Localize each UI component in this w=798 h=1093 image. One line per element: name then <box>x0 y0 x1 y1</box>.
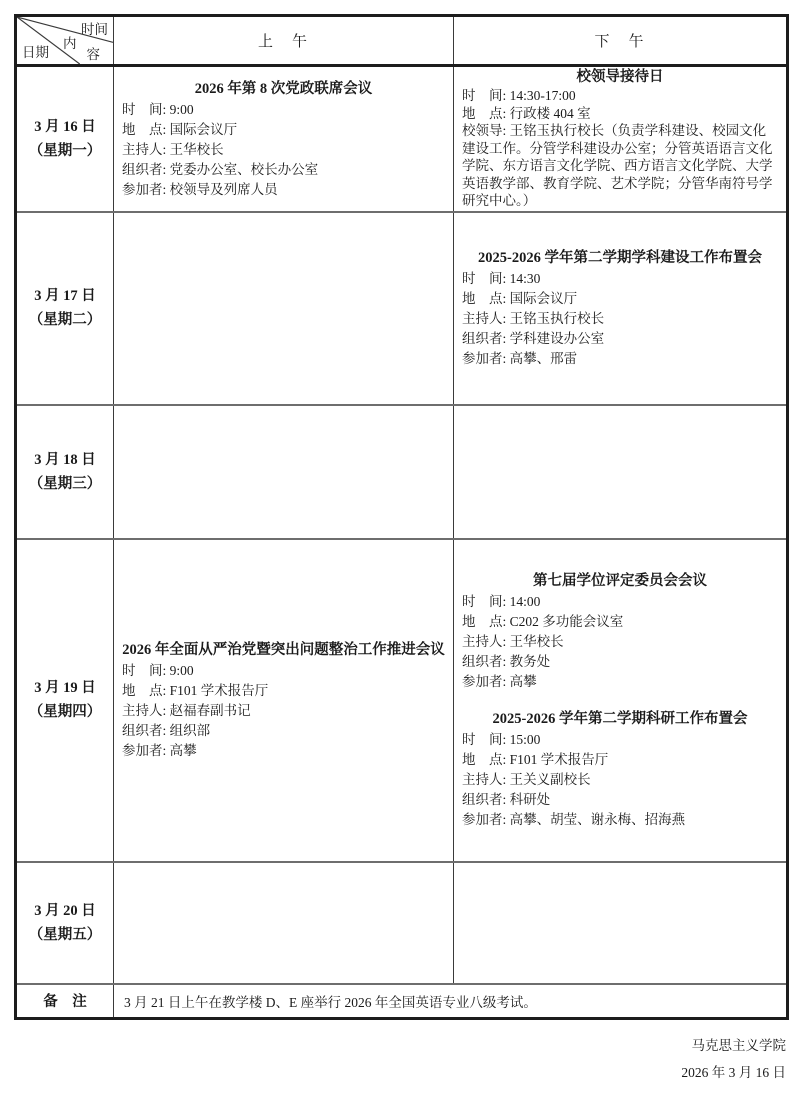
corner-label-time: 时间 <box>81 18 108 38</box>
document-footer: 马克思主义学院 2026 年 3 月 16 日 <box>681 1032 786 1086</box>
issue-date: 2026 年 3 月 16 日 <box>681 1059 786 1086</box>
date-cell: 3 月 17 日（星期二） <box>16 212 114 405</box>
schedule-body: 3 月 16 日（星期一）2026 年第 8 次党政联席会议时 间: 9:00地… <box>16 66 788 1019</box>
morning-cell <box>114 212 454 405</box>
weekday-text: （星期二） <box>18 308 112 332</box>
date-cell: 3 月 18 日（星期三） <box>16 405 114 539</box>
meeting-detail-line: 时 间: 14:30 <box>462 269 778 289</box>
meeting-detail-line: 组织者: 组织部 <box>122 721 445 741</box>
weekday-text: （星期五） <box>18 923 112 947</box>
afternoon-cell: 校领导接待日时 间: 14:30-17:00地 点: 行政楼 404 室校领导:… <box>454 66 788 212</box>
afternoon-cell: 第七届学位评定委员会会议时 间: 14:00地 点: C202 多功能会议室主持… <box>454 539 788 862</box>
meeting-detail-line: 地 点: F101 学术报告厅 <box>122 681 445 701</box>
meeting-block: 2026 年全面从严治党暨突出问题整治工作推进会议时 间: 9:00地 点: F… <box>122 639 445 761</box>
meeting-detail-line: 主持人: 王华校长 <box>462 632 778 652</box>
meeting-detail-line: 参加者: 校领导及列席人员 <box>122 180 445 200</box>
meeting-detail-line: 时 间: 9:00 <box>122 661 445 681</box>
meeting-block: 第七届学位评定委员会会议时 间: 14:00地 点: C202 多功能会议室主持… <box>462 570 778 692</box>
meeting-block: 校领导接待日时 间: 14:30-17:00地 点: 行政楼 404 室校领导:… <box>462 68 778 210</box>
remark-text: 3 月 21 日上午在教学楼 D、E 座举行 2026 年全国英语专业八级考试。 <box>114 984 788 1019</box>
morning-cell <box>114 862 454 984</box>
schedule-row: 3 月 20 日（星期五） <box>16 862 788 984</box>
meeting-detail-line: 地 点: 国际会议厅 <box>122 120 445 140</box>
meeting-detail-line: 主持人: 王华校长 <box>122 140 445 160</box>
meeting-block: 2025-2026 学年第二学期学科建设工作布置会时 间: 14:30地 点: … <box>462 247 778 369</box>
meeting-detail-line: 时 间: 14:30-17:00 <box>462 87 778 105</box>
date-cell: 3 月 19 日（星期四） <box>16 539 114 862</box>
meeting-title: 2026 年第 8 次党政联席会议 <box>122 78 445 100</box>
meeting-detail-line: 时 间: 9:00 <box>122 100 445 120</box>
schedule-row: 3 月 17 日（星期二）2025-2026 学年第二学期学科建设工作布置会时 … <box>16 212 788 405</box>
meeting-detail-line: 组织者: 学科建设办公室 <box>462 329 778 349</box>
meeting-detail-line: 主持人: 王关义副校长 <box>462 770 778 790</box>
meeting-detail-line: 地 点: 行政楼 404 室 <box>462 105 778 123</box>
meeting-detail-line: 参加者: 高攀、邢雷 <box>462 349 778 369</box>
morning-column-header: 上 午 <box>114 16 454 66</box>
schedule-document-page: 时间 内 容 日期 上 午 下 午 3 月 16 日（星期一）2026 年第 8… <box>0 0 798 1093</box>
meeting-detail-line: 参加者: 高攀 <box>462 672 778 692</box>
schedule-row: 3 月 19 日（星期四）2026 年全面从严治党暨突出问题整治工作推进会议时 … <box>16 539 788 862</box>
meeting-title: 校领导接待日 <box>462 68 778 87</box>
date-text: 3 月 17 日 <box>18 284 112 308</box>
meeting-detail-line: 组织者: 科研处 <box>462 790 778 810</box>
morning-cell <box>114 405 454 539</box>
remark-label: 备 注 <box>16 984 114 1019</box>
corner-label-content-top: 内 <box>63 32 77 52</box>
date-text: 3 月 19 日 <box>18 676 112 700</box>
afternoon-cell <box>454 405 788 539</box>
schedule-row: 3 月 18 日（星期三） <box>16 405 788 539</box>
meeting-detail-line: 参加者: 高攀 <box>122 741 445 761</box>
meeting-block: 2026 年第 8 次党政联席会议时 间: 9:00地 点: 国际会议厅主持人:… <box>122 78 445 200</box>
meeting-detail-line: 校领导: 王铭玉执行校长（负责学科建设、校园文化建设工作。分管学科建设办公室；分… <box>462 122 778 210</box>
corner-label-content-bottom: 容 <box>87 43 101 63</box>
afternoon-cell: 2025-2026 学年第二学期学科建设工作布置会时 间: 14:30地 点: … <box>454 212 788 405</box>
header-row: 时间 内 容 日期 上 午 下 午 <box>16 16 788 66</box>
weekday-text: （星期四） <box>18 700 112 724</box>
meeting-detail-line: 组织者: 党委办公室、校长办公室 <box>122 160 445 180</box>
morning-cell: 2026 年全面从严治党暨突出问题整治工作推进会议时 间: 9:00地 点: F… <box>114 539 454 862</box>
meeting-detail-line: 主持人: 赵福春副书记 <box>122 701 445 721</box>
weekly-schedule-table: 时间 内 容 日期 上 午 下 午 3 月 16 日（星期一）2026 年第 8… <box>14 14 789 1020</box>
meeting-title: 2025-2026 学年第二学期学科建设工作布置会 <box>462 247 778 269</box>
weekday-text: （星期三） <box>18 472 112 496</box>
meeting-detail-line: 组织者: 教务处 <box>462 652 778 672</box>
meeting-detail-line: 地 点: C202 多功能会议室 <box>462 612 778 632</box>
afternoon-column-header: 下 午 <box>454 16 788 66</box>
remark-row: 备 注3 月 21 日上午在教学楼 D、E 座举行 2026 年全国英语专业八级… <box>16 984 788 1019</box>
meeting-title: 2025-2026 学年第二学期科研工作布置会 <box>462 708 778 730</box>
meeting-detail-line: 地 点: 国际会议厅 <box>462 289 778 309</box>
meeting-detail-line: 地 点: F101 学术报告厅 <box>462 750 778 770</box>
weekday-text: （星期一） <box>18 139 112 163</box>
meeting-title: 2026 年全面从严治党暨突出问题整治工作推进会议 <box>122 639 445 661</box>
afternoon-cell <box>454 862 788 984</box>
meeting-title: 第七届学位评定委员会会议 <box>462 570 778 592</box>
date-cell: 3 月 16 日（星期一） <box>16 66 114 212</box>
meeting-detail-line: 参加者: 高攀、胡莹、谢永梅、招海燕 <box>462 810 778 830</box>
date-text: 3 月 16 日 <box>18 115 112 139</box>
meeting-detail-line: 主持人: 王铭玉执行校长 <box>462 309 778 329</box>
date-cell: 3 月 20 日（星期五） <box>16 862 114 984</box>
issuing-department: 马克思主义学院 <box>681 1032 786 1059</box>
morning-cell: 2026 年第 8 次党政联席会议时 间: 9:00地 点: 国际会议厅主持人:… <box>114 66 454 212</box>
corner-label-date: 日期 <box>22 41 49 61</box>
schedule-row: 3 月 16 日（星期一）2026 年第 8 次党政联席会议时 间: 9:00地… <box>16 66 788 212</box>
date-text: 3 月 20 日 <box>18 899 112 923</box>
meeting-detail-line: 时 间: 15:00 <box>462 730 778 750</box>
meeting-detail-line: 时 间: 14:00 <box>462 592 778 612</box>
date-text: 3 月 18 日 <box>18 448 112 472</box>
meeting-block: 2025-2026 学年第二学期科研工作布置会时 间: 15:00地 点: F1… <box>462 708 778 830</box>
corner-header-cell: 时间 内 容 日期 <box>16 16 114 66</box>
